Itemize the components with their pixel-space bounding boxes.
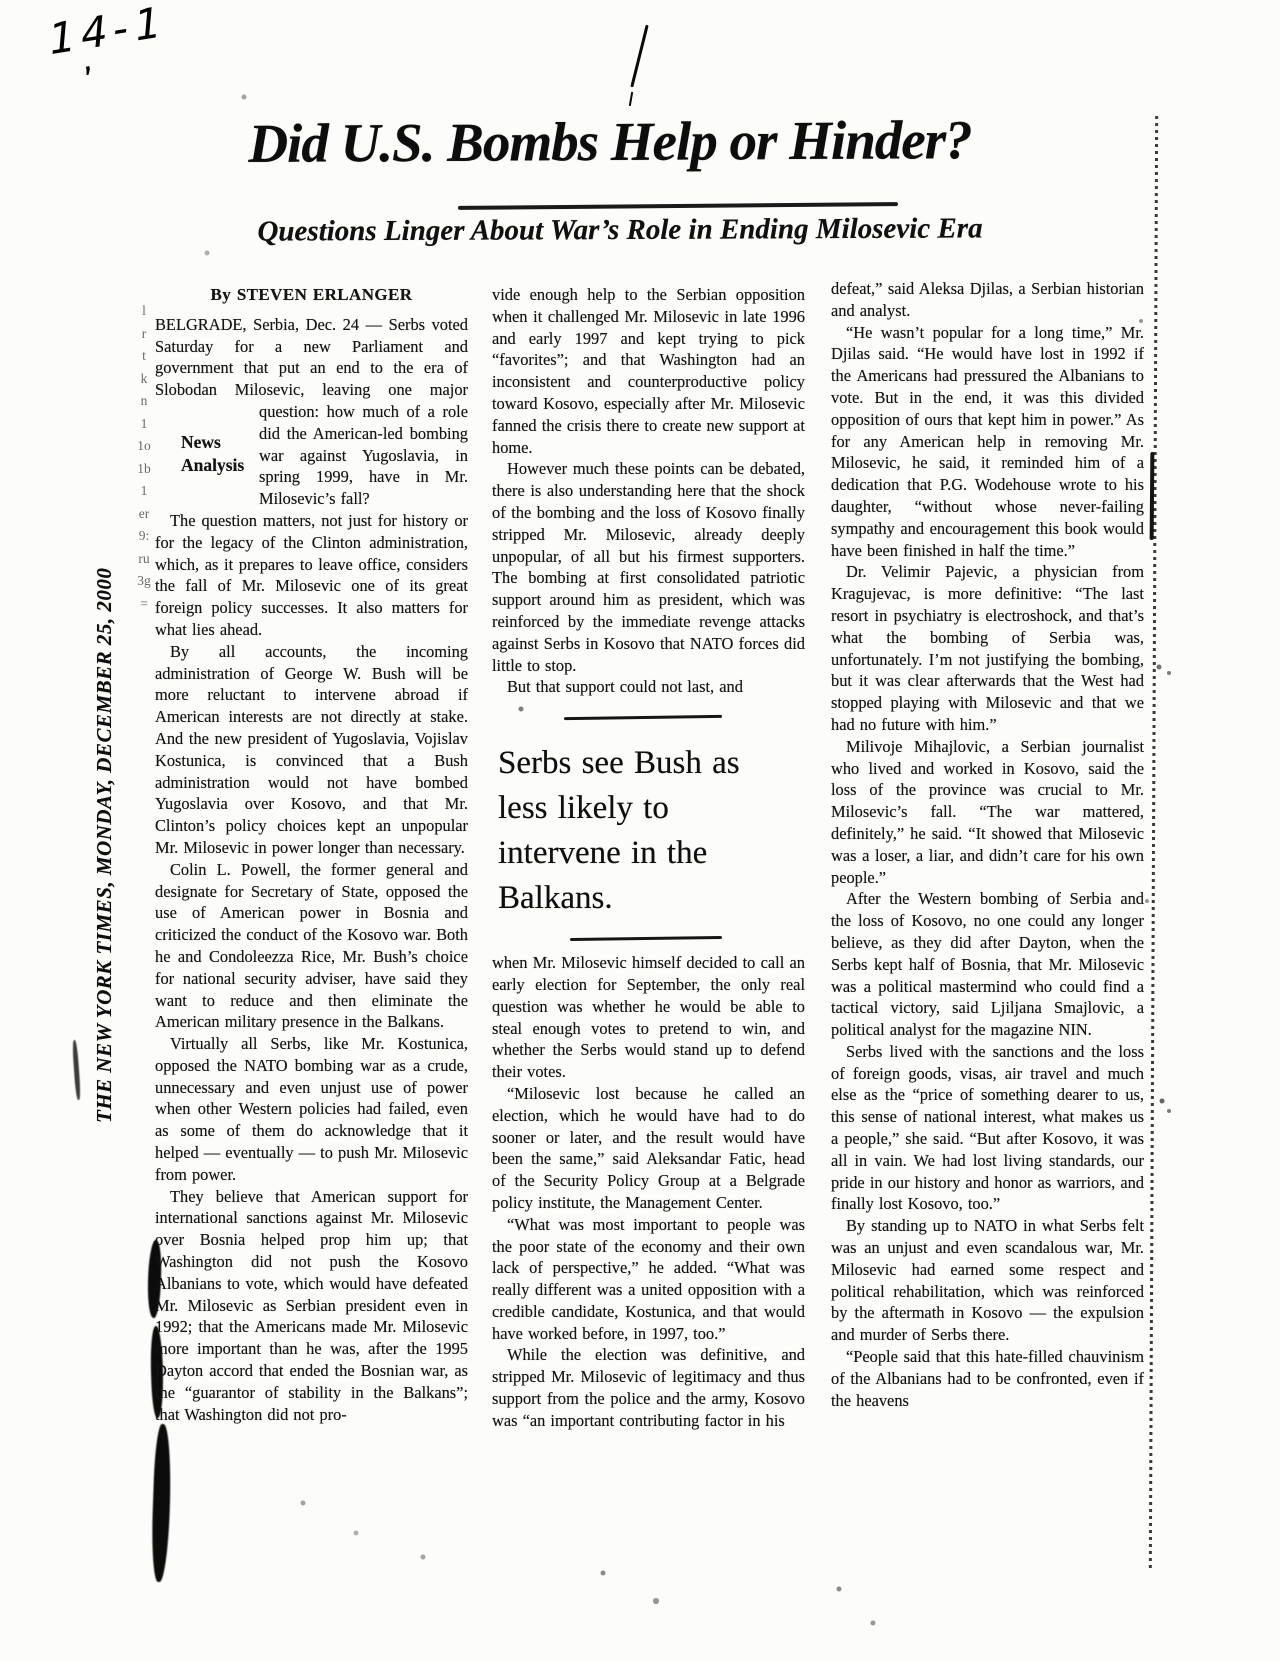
body-paragraph: “People said that this hate-filled chauv…	[831, 1346, 1144, 1411]
column-2: vide enough help to the Serbian oppositi…	[492, 284, 805, 1432]
body-paragraph: By all accounts, the incoming administra…	[155, 641, 468, 859]
body-paragraph: The question matters, not just for histo…	[155, 510, 468, 641]
body-paragraph: “He wasn’t popular for a long time,” Mr.…	[831, 322, 1144, 562]
pull-quote-rule-bottom	[570, 936, 722, 941]
body-paragraph: They believe that American support for i…	[155, 1186, 468, 1426]
body-paragraph: After the Western bombing of Serbia and …	[831, 888, 1144, 1041]
byline: By STEVEN ERLANGER	[155, 284, 468, 306]
pen-slash-mark	[630, 25, 648, 88]
news-analysis-line1: News	[155, 431, 259, 454]
scan-edge-line	[1149, 116, 1158, 1568]
body-paragraph: Serbs lived with the sanctions and the l…	[831, 1041, 1144, 1215]
column-1: By STEVEN ERLANGER BELGRADE, Serbia, Dec…	[155, 284, 468, 1425]
headline-rule	[458, 202, 898, 210]
body-paragraph: Dr. Velimir Pajevic, a physician from Kr…	[831, 561, 1144, 735]
news-analysis-label: NewsAnalysis	[155, 401, 259, 509]
body-paragraph: “Milosevic lost because he called an ele…	[492, 1083, 805, 1214]
ink-smudge	[72, 1040, 81, 1100]
body-paragraph: Milivoje Mihajlovic, a Serbian journalis…	[831, 736, 1144, 889]
ink-smudge	[150, 1424, 173, 1582]
body-paragraph: Colin L. Powell, the former general and …	[155, 859, 468, 1033]
handwritten-annotation: 14-1	[47, 0, 169, 65]
scan-edge-line-segment	[1150, 452, 1155, 540]
scan-speckles	[0, 0, 2, 2]
body-paragraph: But that support could not last, and	[492, 676, 805, 698]
body-paragraph: “What was most important to people was t…	[492, 1214, 805, 1345]
body-paragraph: when Mr. Milosevic himself decided to ca…	[492, 952, 805, 1083]
body-paragraph: vide enough help to the Serbian oppositi…	[492, 284, 805, 458]
lead-paragraph: BELGRADE, Serbia, Dec. 24 — Serbs voted …	[155, 314, 468, 510]
news-analysis-line2: Analysis	[155, 454, 259, 477]
column-3: defeat,” said Aleksa Djilas, a Serbian h…	[831, 278, 1144, 1411]
subheadline: Questions Linger About War’s Role in End…	[150, 212, 1090, 249]
newspaper-clipping: 14-1 , l r t k n 1 1o 1b 1 er 9: ru 3g =…	[0, 0, 1280, 1662]
body-paragraph: By standing up to NATO in what Serbs fel…	[831, 1215, 1144, 1346]
pull-quote-rule-top	[564, 715, 722, 720]
masthead-vertical: THE NEW YORK TIMES, MONDAY, DECEMBER 25,…	[92, 568, 117, 1123]
pen-tick-mark	[629, 92, 633, 106]
headline: Did U.S. Bombs Help or Hinder?	[150, 110, 1070, 175]
body-paragraph: However much these points can be debated…	[492, 458, 805, 676]
body-paragraph: While the election was definitive, and s…	[492, 1344, 805, 1431]
body-paragraph: defeat,” said Aleksa Djilas, a Serbian h…	[831, 278, 1144, 322]
body-paragraph: Virtually all Serbs, like Mr. Kostunica,…	[155, 1033, 468, 1186]
pull-quote: Serbs see Bush as less likely to interve…	[498, 741, 793, 921]
margin-bleedthrough-text: l r t k n 1 1o 1b 1 er 9: ru 3g =	[131, 300, 157, 615]
